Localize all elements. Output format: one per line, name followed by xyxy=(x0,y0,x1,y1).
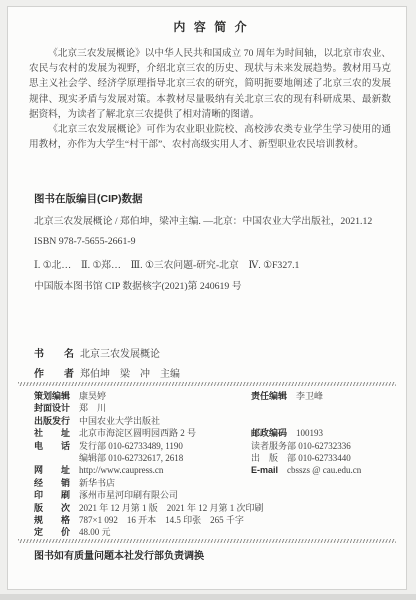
colophon-section: 策划编辑康昊婷 责任编辑李卫峰 封面设计郑 川 出版发行中国农业大学出版社 社 … xyxy=(34,390,394,539)
cip-description: 北京三农发展概论 / 郑伯坤，梁冲主编. —北京：中国农业大学出版社，2021.… xyxy=(34,215,386,228)
colophon-row: 经 销新华书店 xyxy=(34,477,394,489)
book-author-value: 郑伯坤 梁 冲 主编 xyxy=(80,368,180,381)
book-title-label: 书 名 xyxy=(34,348,80,361)
colophon-value: 郑 川 xyxy=(79,403,106,413)
cip-heading: 图书在版编目(CIP)数据 xyxy=(34,193,386,206)
content-summary-section: 内容简介 《北京三农发展概论》以中华人民共和国成立 70 周年为时间轴，以北京市… xyxy=(29,20,391,152)
colophon-right: 读者服务部 010-62732336 xyxy=(251,440,351,452)
colophon-label: 规 格 xyxy=(34,514,79,526)
colophon-label: 策划编辑 xyxy=(34,390,79,402)
colophon-row: 规 格787×1 092 16 开本 14.5 印张 265 千字 xyxy=(34,514,394,526)
colophon-label: 定 价 xyxy=(34,526,79,538)
colophon-row: 策划编辑康昊婷 责任编辑李卫峰 xyxy=(34,390,394,402)
colophon-value: 48.00 元 xyxy=(79,527,111,537)
colophon-value: 编辑部 010-62732617, 2618 xyxy=(79,453,183,463)
cip-data-section: 图书在版编目(CIP)数据 北京三农发展概论 / 郑伯坤，梁冲主编. —北京：中… xyxy=(34,193,386,293)
decorative-divider xyxy=(18,382,396,386)
colophon-right-label: E-mail xyxy=(251,465,278,475)
colophon-right: 邮政编码100193 xyxy=(251,427,323,439)
colophon-row: 编辑部 010-62732617, 2618 出 版 部 010-6273344… xyxy=(34,452,394,464)
colophon-row: 定 价48.00 元 xyxy=(34,526,394,538)
colophon-label: 网 址 xyxy=(34,464,79,476)
summary-paragraph: 《北京三农发展概论》以中华人民共和国成立 70 周年为时间轴，以北京市农业、农民… xyxy=(29,46,391,122)
colophon-value: 787×1 092 16 开本 14.5 印张 265 千字 xyxy=(79,515,244,525)
colophon-row: 封面设计郑 川 xyxy=(34,402,394,414)
colophon-label: 出版发行 xyxy=(34,415,79,427)
colophon-right-label: 邮政编码 xyxy=(251,428,287,438)
colophon-right-label: 责任编辑 xyxy=(251,391,287,401)
colophon-right: E-mailcbsszs @ cau.edu.cn xyxy=(251,464,361,476)
colophon-value: 康昊婷 xyxy=(79,391,106,401)
colophon-row: 版 次2021 年 12 月第 1 版 2021 年 12 月第 1 次印刷 xyxy=(34,502,394,514)
colophon-value: 北京市海淀区圆明园西路 2 号 xyxy=(79,428,196,438)
colophon-label: 版 次 xyxy=(34,502,79,514)
summary-paragraph: 《北京三农发展概论》可作为农业职业院校、高校涉农类专业学生学习使用的通用教材，亦… xyxy=(29,122,391,152)
colophon-value: 发行部 010-62733489, 1190 xyxy=(79,441,183,451)
colophon-right-value: 读者服务部 010-62732336 xyxy=(251,441,351,451)
cip-classification: Ⅰ. ①北… Ⅱ. ①郑… Ⅲ. ①三农问题-研究-北京 Ⅳ. ①F327.1 xyxy=(34,259,386,272)
colophon-label: 电 话 xyxy=(34,440,79,452)
colophon-label: 经 销 xyxy=(34,477,79,489)
colophon-label: 社 址 xyxy=(34,427,79,439)
book-title-value: 北京三农发展概论 xyxy=(80,348,160,361)
colophon-label: 封面设计 xyxy=(34,402,79,414)
decorative-divider xyxy=(18,539,396,543)
colophon-value: http://www.caupress.cn xyxy=(79,465,163,475)
colophon-right-value: 出 版 部 010-62733440 xyxy=(251,453,351,463)
book-author-row: 作 者 郑伯坤 梁 冲 主编 xyxy=(34,368,386,381)
colophon-right-value: 100193 xyxy=(296,428,323,438)
colophon-row: 印 刷涿州市星河印刷有限公司 xyxy=(34,489,394,501)
cip-isbn: ISBN 978-7-5655-2661-9 xyxy=(34,235,386,248)
colophon-value: 中国农业大学出版社 xyxy=(79,416,160,426)
cip-record-number: 中国版本图书馆 CIP 数据核字(2021)第 240619 号 xyxy=(34,280,386,293)
colophon-label: 印 刷 xyxy=(34,489,79,501)
colophon-row: 社 址北京市海淀区圆明园西路 2 号 邮政编码100193 xyxy=(34,427,394,439)
colophon-value: 2021 年 12 月第 1 版 2021 年 12 月第 1 次印刷 xyxy=(79,503,264,513)
book-title-row: 书 名 北京三农发展概论 xyxy=(34,348,386,361)
colophon-value: 涿州市星河印刷有限公司 xyxy=(79,490,178,500)
book-author-label: 作 者 xyxy=(34,368,80,381)
book-copyright-page: 内容简介 《北京三农发展概论》以中华人民共和国成立 70 周年为时间轴，以北京市… xyxy=(7,6,407,590)
colophon-right-value: cbsszs @ cau.edu.cn xyxy=(287,465,361,475)
colophon-right: 出 版 部 010-62733440 xyxy=(251,452,351,464)
colophon-right-value: 李卫峰 xyxy=(296,391,323,401)
colophon-right: 责任编辑李卫峰 xyxy=(251,390,323,402)
quality-notice: 图书如有质量问题本社发行部负责调换 xyxy=(34,547,204,562)
colophon-row: 网 址http://www.caupress.cn E-mailcbsszs @… xyxy=(34,464,394,476)
colophon-row: 出版发行中国农业大学出版社 xyxy=(34,415,394,427)
colophon-row: 电 话发行部 010-62733489, 1190 读者服务部 010-6273… xyxy=(34,440,394,452)
content-summary-title: 内容简介 xyxy=(37,20,391,35)
colophon-value: 新华书店 xyxy=(79,478,115,488)
